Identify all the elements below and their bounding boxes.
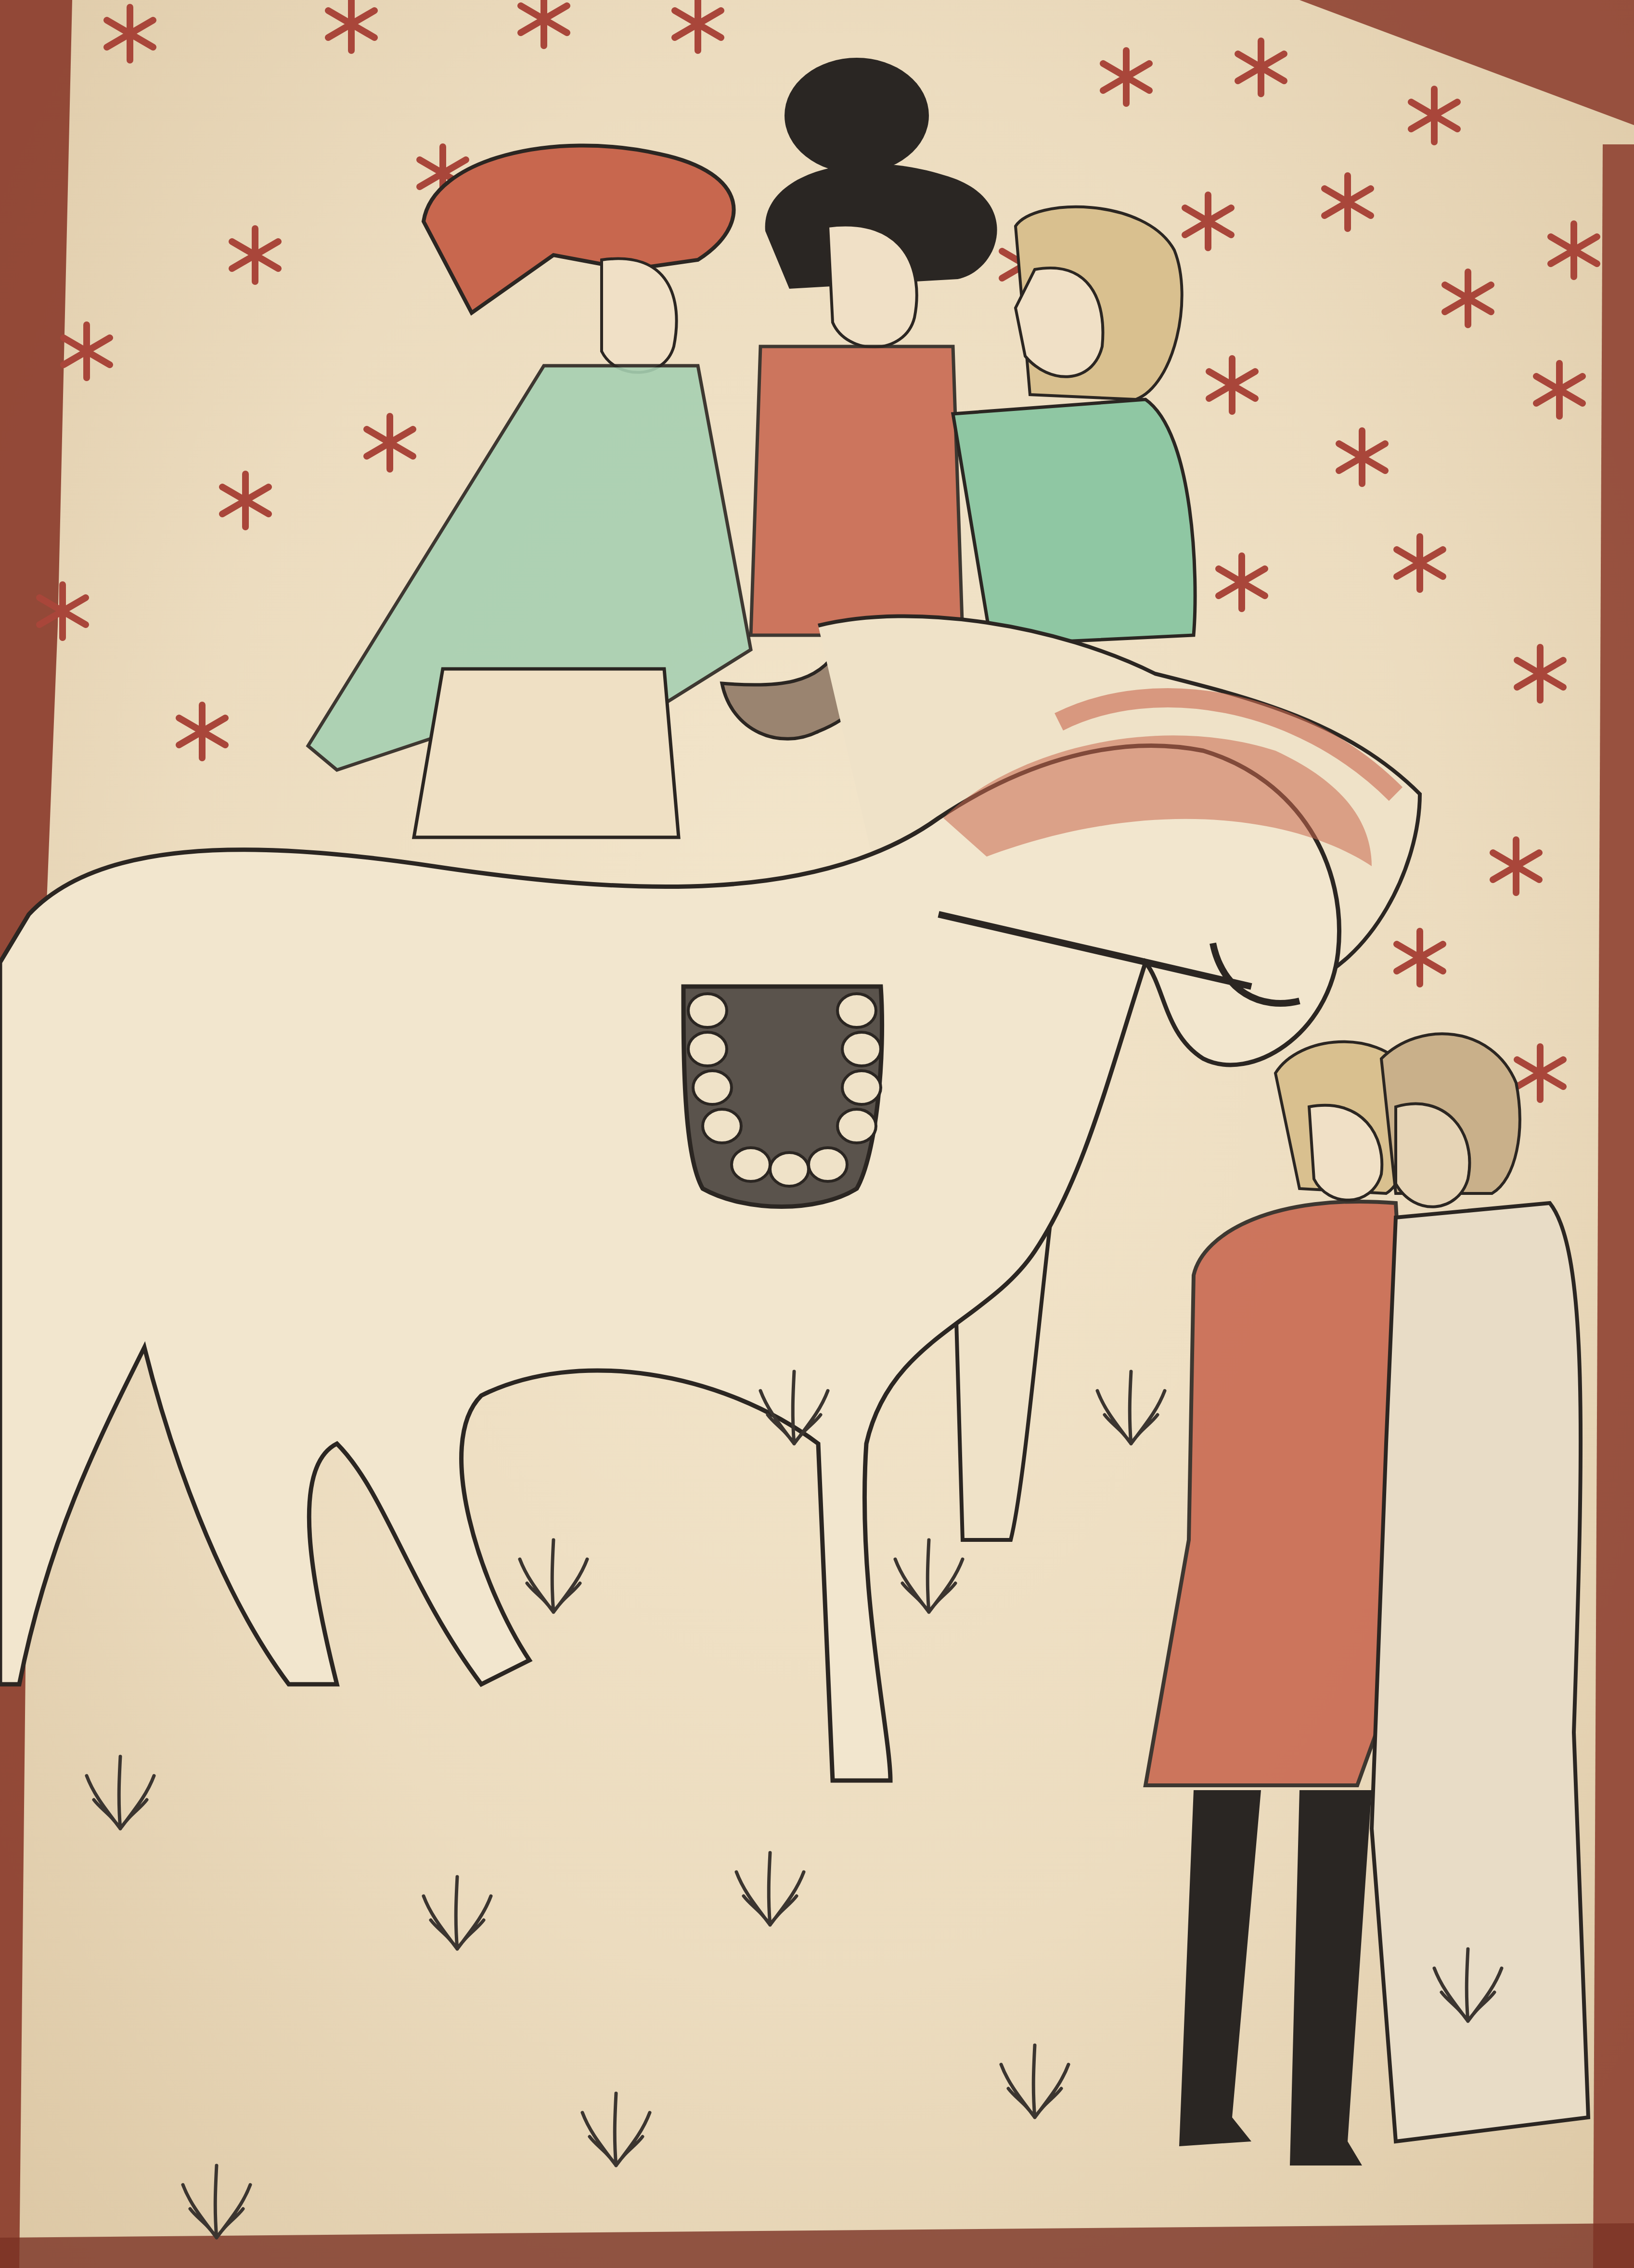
saddle-cloth <box>683 987 882 1207</box>
rider-black-hat <box>751 58 997 635</box>
fresco-svg <box>0 0 1634 2268</box>
rider-blond-green <box>953 207 1195 645</box>
fresco-scene <box>0 0 1634 2268</box>
rider-red-hat <box>308 145 751 837</box>
horse-front <box>0 735 1372 1781</box>
bearded-man <box>1372 1034 1588 2141</box>
